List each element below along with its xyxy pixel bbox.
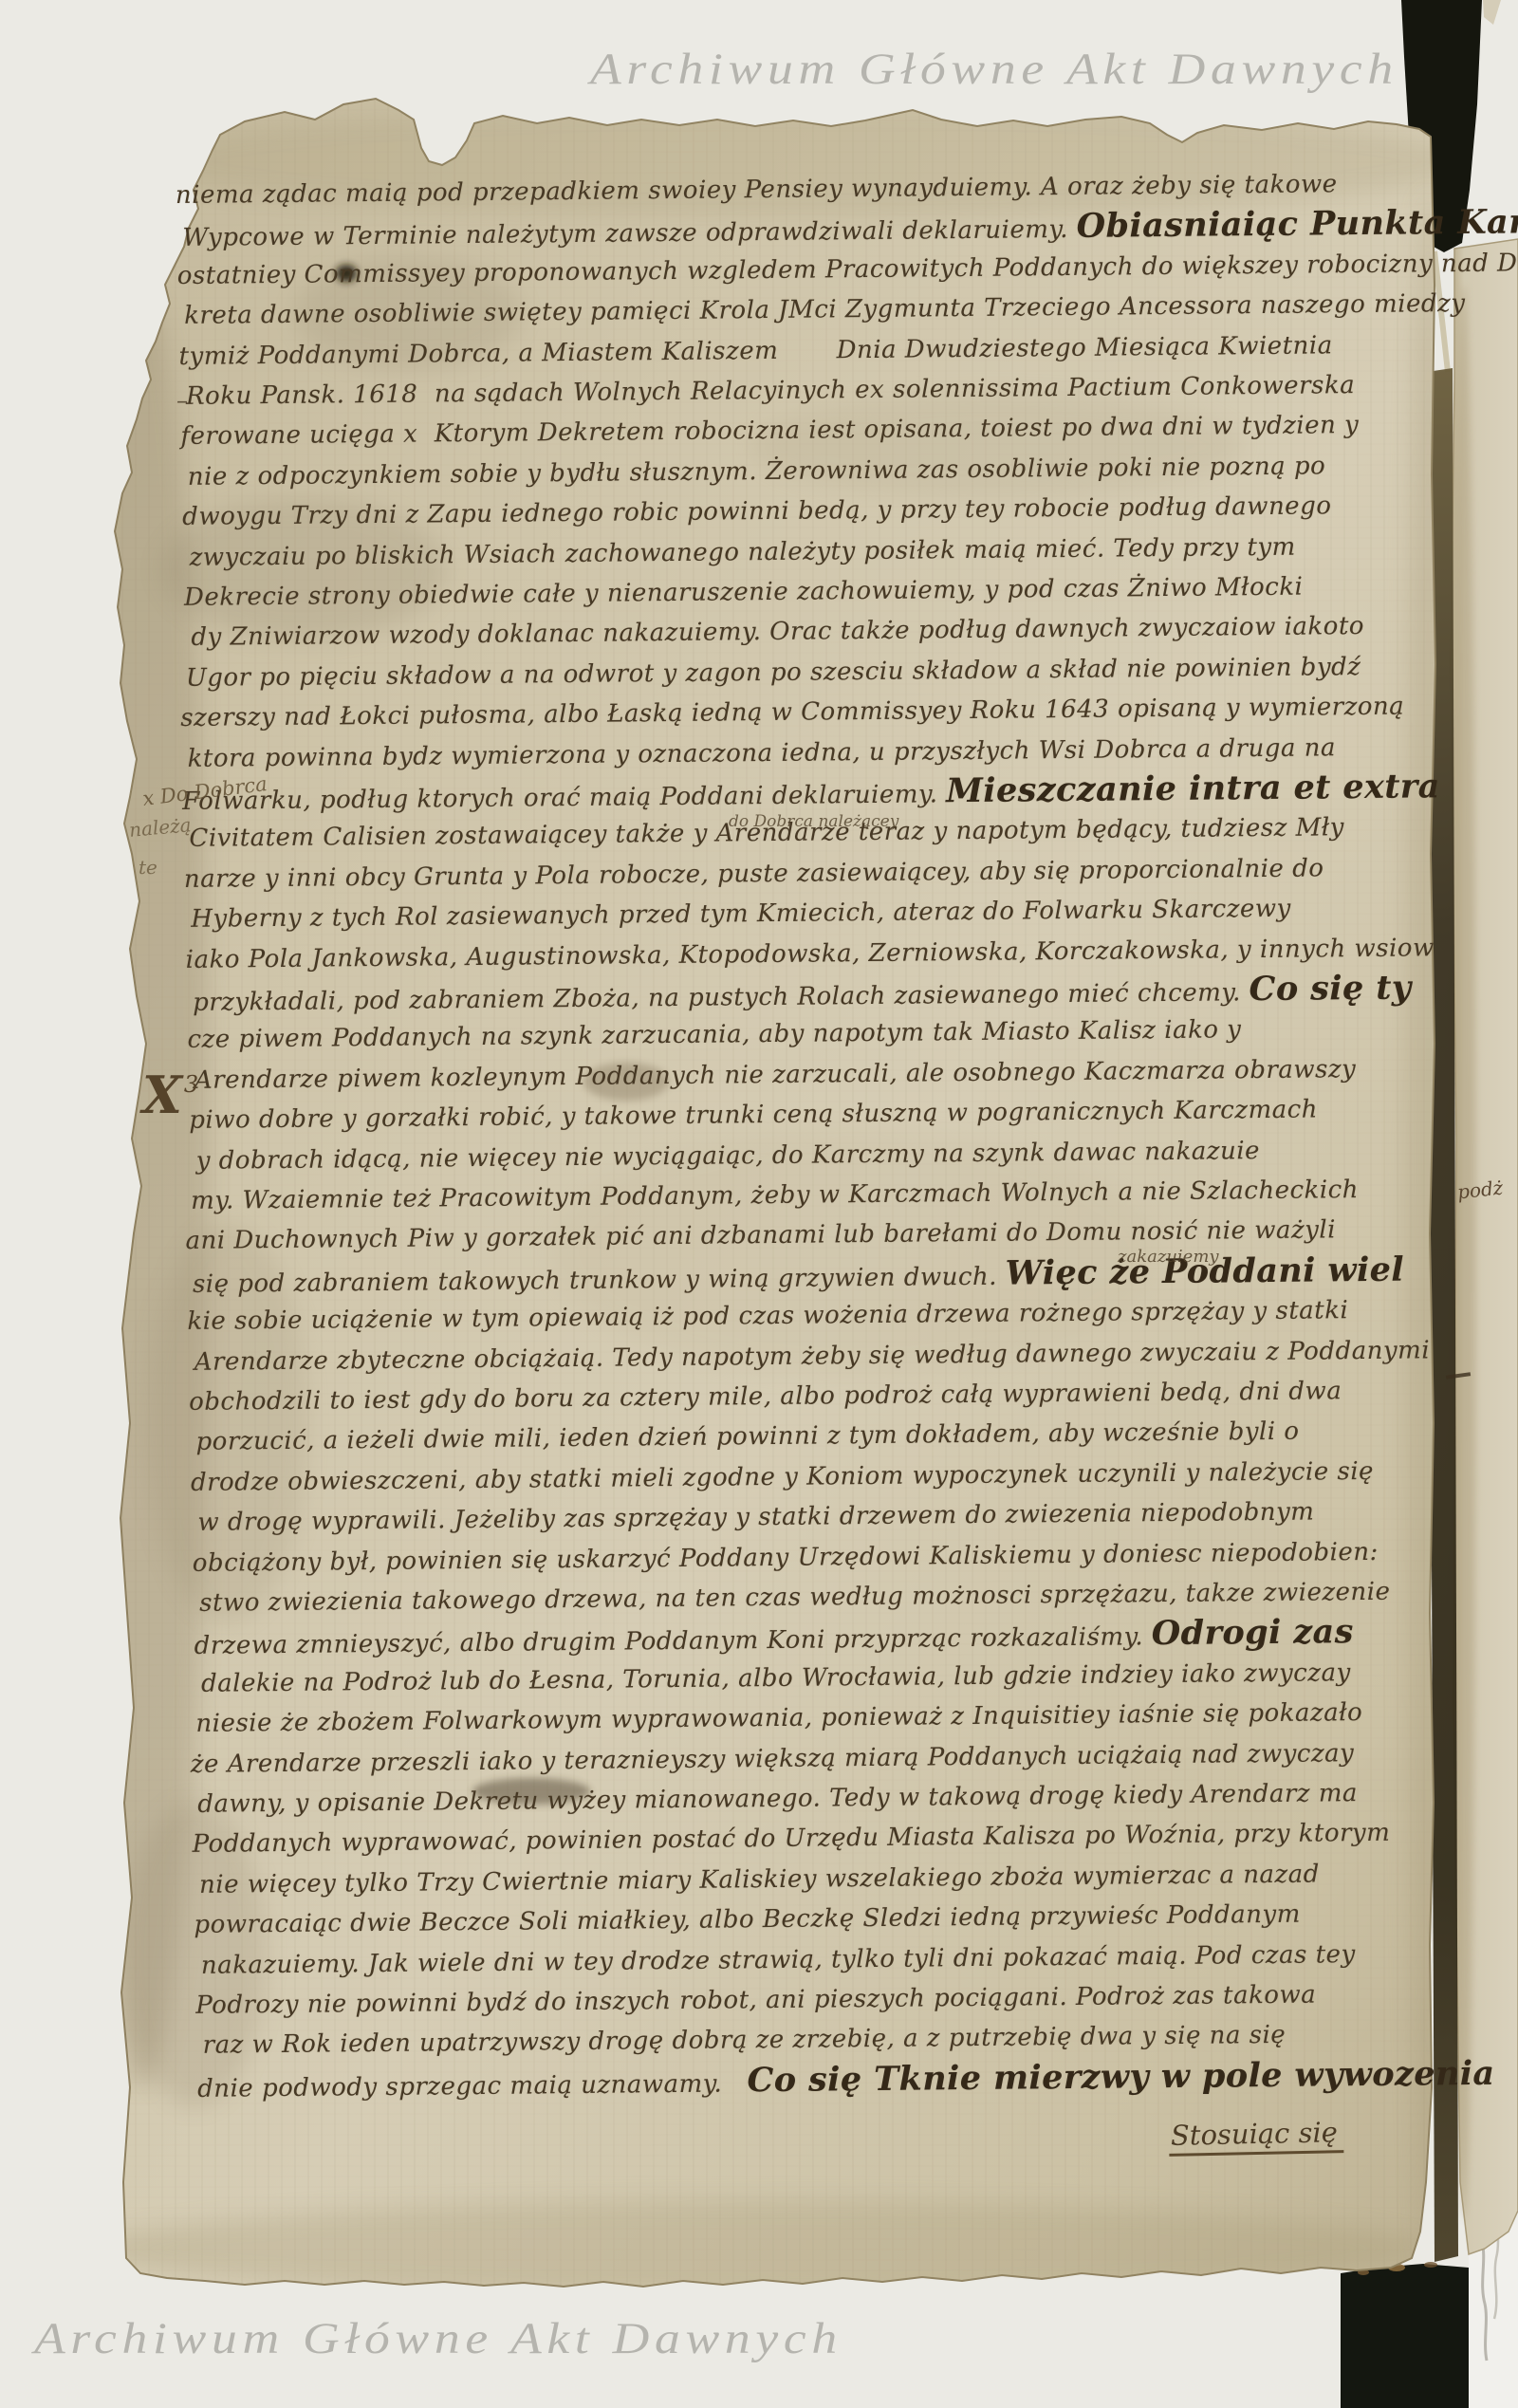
adjacent-page-note: podż <box>1456 1176 1504 1204</box>
margin-x-glyph: X <box>142 1065 182 1125</box>
manuscript-emphasis: Co się Tknie mierzwy w pole wywozenia <box>747 2054 1494 2101</box>
manuscript-emphasis: Co się ty <box>1249 969 1411 1010</box>
manuscript-text: niema ządac maią pod przepadkiem swoiey … <box>174 0 1463 2408</box>
margin-x-superscript: 3 <box>184 1071 198 1098</box>
manuscript-emphasis: Odrogi zas <box>1152 1613 1354 1654</box>
margin-note: te <box>139 856 157 879</box>
interlinear-note: zakazuiemy <box>1118 1247 1219 1267</box>
margin-x3-mark: X3 <box>142 1065 196 1125</box>
interlinear-note: do Dobrca należącey <box>729 812 898 831</box>
manuscript-emphasis: Obiasniaiąc Punkta Kary <box>1076 203 1518 247</box>
margin-dash-mark: – <box>176 387 188 414</box>
catchword: Stosuiąc się <box>1169 2116 1344 2157</box>
manuscript-emphasis: Mieszczanie intra et extra <box>946 767 1440 810</box>
archive-watermark-bottom: Archiwum Główne Akt Dawnych <box>34 2313 842 2364</box>
archive-watermark-top: Archiwum Główne Akt Dawnych <box>590 44 1398 95</box>
